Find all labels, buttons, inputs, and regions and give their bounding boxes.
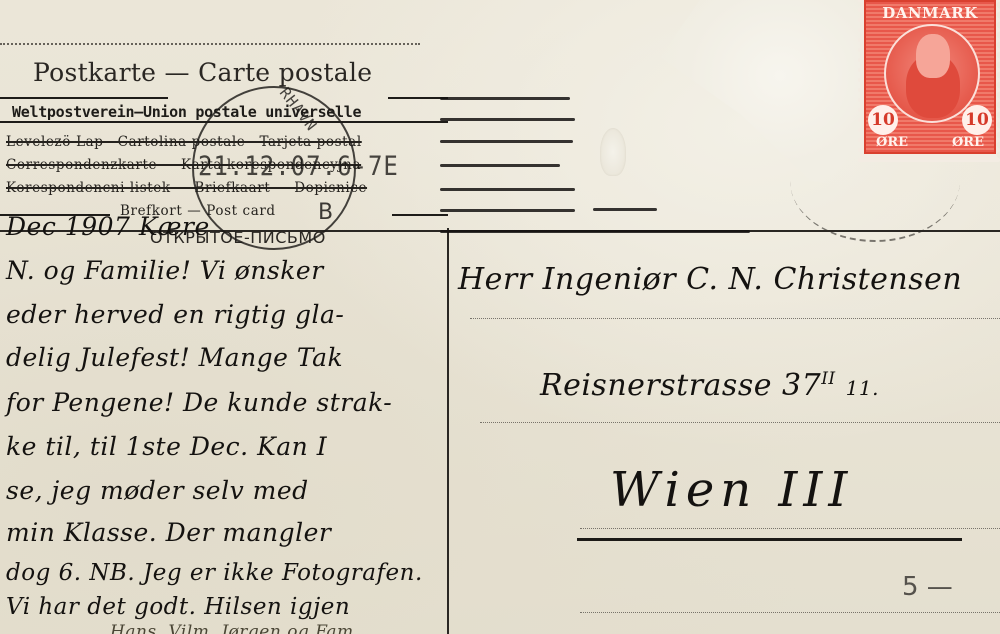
cancel-line: [440, 140, 573, 143]
message-line: for Pengene! De kunde strak-: [6, 388, 392, 417]
stamp-unit-left: ØRE: [876, 135, 908, 150]
cancel-line: [440, 164, 560, 167]
cancel-line: [440, 230, 750, 233]
stamp-design: DANMARK 10 10 ØRE ØRE: [864, 0, 996, 154]
address-dotted-line: [580, 528, 1000, 529]
cancel-line: [440, 97, 570, 100]
address-line-2: Reisnerstrasse 37II 11.: [540, 368, 879, 403]
dotted-rule: [0, 43, 420, 45]
header-rule-right: [388, 97, 448, 99]
message-line: se, jeg møder selv med: [6, 476, 309, 505]
postmark-date: 21.12.07.6-7E: [198, 151, 399, 182]
cancel-line: [440, 188, 575, 191]
printed-title: Postkarte — Carte postale: [33, 58, 372, 87]
postmark-letter: B: [318, 200, 333, 225]
door-number: 11.: [846, 376, 879, 400]
message-line: delig Julefest! Mange Tak: [6, 343, 343, 372]
address-dotted-line: [470, 318, 1000, 319]
address-dotted-line: [580, 612, 1000, 613]
stamp-value-left: 10: [868, 105, 898, 135]
message-line: dog 6. NB. Jeg er ikke Fotografen.: [6, 560, 423, 586]
message-line: Hans. Vilm. Jørgen og Fam: [110, 622, 354, 634]
message-line: ke til, til 1ste Dec. Kan I: [6, 432, 327, 461]
message-line: Vi har det godt. Hilsen igjen: [6, 594, 350, 620]
stamp-value-right: 10: [962, 105, 992, 135]
pencil-note: 5 —: [902, 572, 953, 602]
cancel-line: [440, 118, 575, 121]
message-line: eder herved en rigtig gla-: [6, 300, 344, 329]
street-name: Reisnerstrasse 37: [540, 368, 821, 403]
address-line-3: Wien III: [610, 462, 853, 518]
message-line: N. og Familie! Vi ønsker: [6, 256, 324, 285]
stamp-country: DANMARK: [866, 4, 994, 22]
address-dotted-line: [480, 422, 1000, 423]
message-line: min Klasse. Der mangler: [6, 518, 331, 547]
header-rule-left: [0, 97, 168, 99]
message-line: Dec 1907 Kære: [6, 212, 210, 241]
floor-number: II: [821, 369, 835, 389]
address-line-1: Herr Ingeniør C. N. Christensen: [458, 262, 962, 297]
cancel-line: [593, 208, 657, 211]
embossed-leaf-mark: [600, 128, 626, 176]
postcard-back: Postkarte — Carte postale Weltpostverein…: [0, 0, 1000, 634]
lang-rule-right: [392, 214, 448, 216]
king-portrait-icon: [916, 34, 950, 78]
stamp-portrait: [884, 24, 980, 123]
stamp-unit-right: ØRE: [952, 135, 984, 150]
center-divider: [447, 228, 449, 634]
postage-stamp: DANMARK 10 10 ØRE ØRE: [858, 0, 1000, 162]
cancel-line: [440, 209, 575, 212]
address-underline: [577, 538, 962, 541]
